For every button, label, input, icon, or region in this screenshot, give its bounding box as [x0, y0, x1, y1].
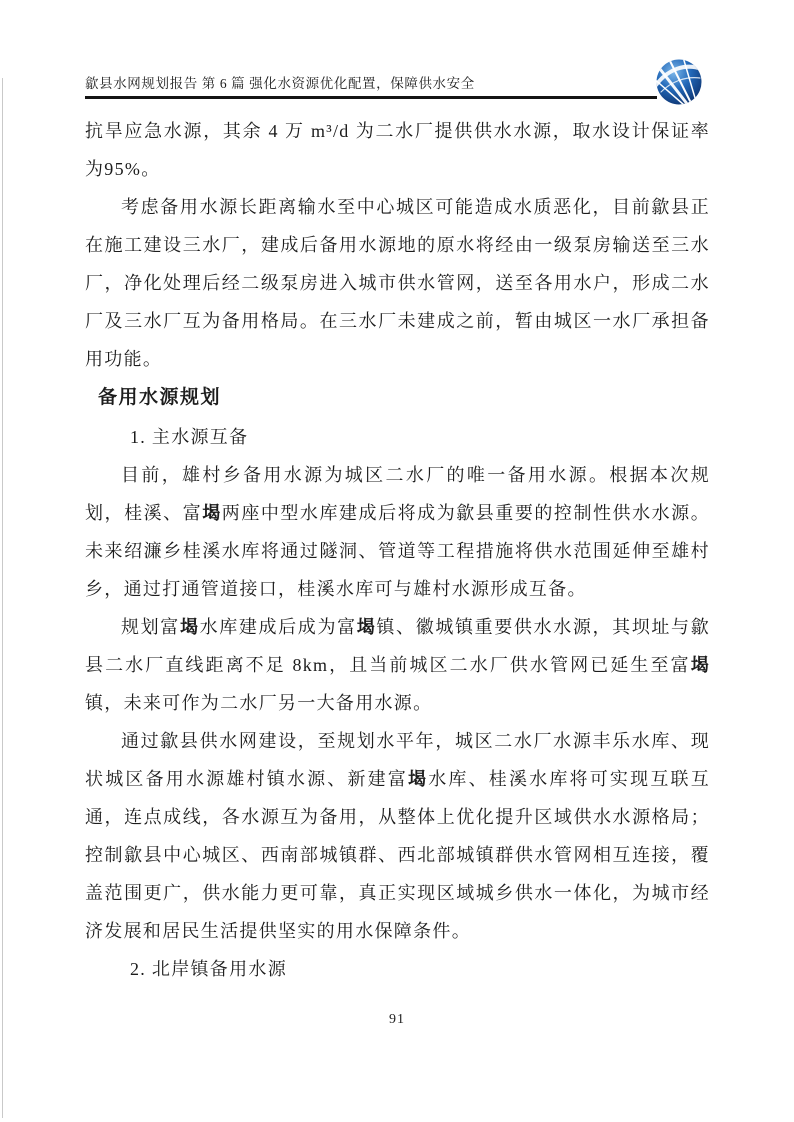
report-logo-icon [655, 58, 703, 106]
document-body: 抗旱应急水源，其余 4 万 m³/d 为二水厂提供供水水源，取水设计保证率为95… [85, 112, 710, 988]
report-logo [655, 58, 703, 106]
paragraph: 抗旱应急水源，其余 4 万 m³/d 为二水厂提供供水水源，取水设计保证率为95… [85, 112, 710, 188]
header-rule [85, 96, 657, 99]
section-heading: 备用水源规划 [85, 378, 710, 418]
header-title: 歙县水网规划报告 第 6 篇 强化水资源优化配置，保障供水安全 [85, 72, 657, 92]
page-number: 91 [0, 1012, 794, 1028]
paragraph: 考虑备用水源长距离输水至中心城区可能造成水质恶化，目前歙县正在施工建设三水厂，建… [85, 188, 710, 378]
paragraph: 目前，雄村乡备用水源为城区二水厂的唯一备用水源。根据本次规划，桂溪、富堨两座中型… [85, 456, 710, 608]
list-item: 1. 主水源互备 [85, 418, 710, 456]
paragraph: 通过歙县供水网建设，至规划水平年，城区二水厂水源丰乐水库、现状城区备用水源雄村镇… [85, 722, 710, 950]
page-header: 歙县水网规划报告 第 6 篇 强化水资源优化配置，保障供水安全 [85, 72, 657, 92]
list-item: 2. 北岸镇备用水源 [85, 950, 710, 988]
paragraph: 规划富堨水库建成后成为富堨镇、徽城镇重要供水水源，其坝址与歙县二水厂直线距离不足… [85, 608, 710, 722]
scan-edge-line [2, 78, 3, 1118]
